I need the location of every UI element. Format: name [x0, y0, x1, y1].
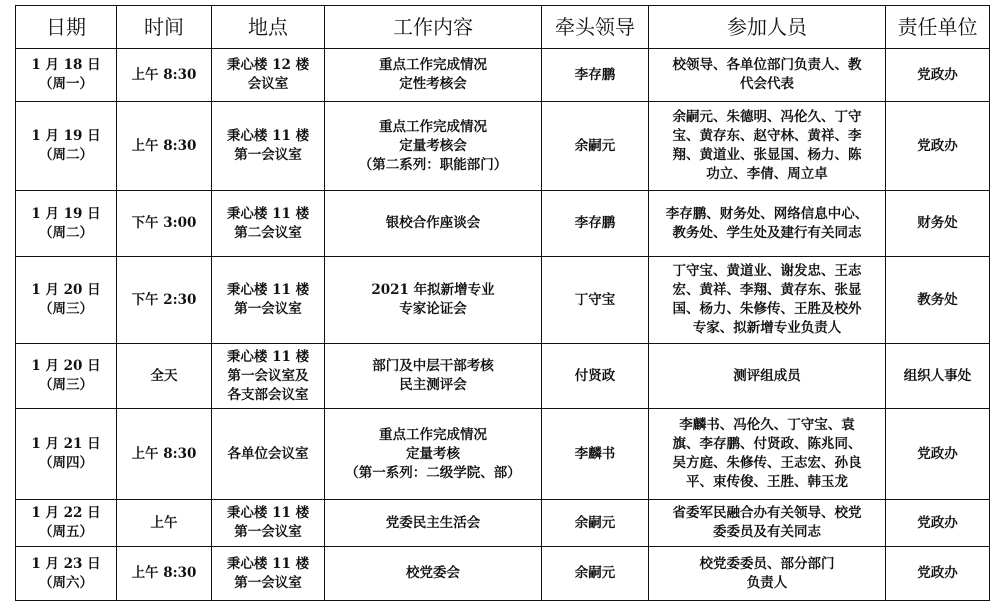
cell-participants-line: 代会代表 — [653, 75, 881, 94]
cell-content-line: 定性考核会 — [329, 75, 537, 94]
cell-participants-line: 翔、黄道业、张显国、杨力、陈 — [653, 146, 881, 165]
cell-participants-line: 丁守宝、黄道业、谢发忠、王志 — [653, 262, 881, 281]
cell-location: 秉心楼 11 楼第一会议室 — [212, 547, 325, 601]
cell-location: 秉心楼 11 楼第一会议室 — [212, 102, 325, 191]
cell-participants-line: 校领导、各单位部门负责人、教 — [653, 56, 881, 75]
cell-time: 全天 — [117, 344, 212, 409]
cell-leader: 余嗣元 — [542, 547, 649, 601]
cell-location-line: 会议室 — [216, 75, 320, 94]
cell-participants-line: 负责人 — [653, 574, 881, 593]
weekday-text: （周五） — [20, 523, 112, 542]
weekday-text: （周二） — [20, 224, 112, 243]
cell-leader: 余嗣元 — [542, 500, 649, 547]
cell-content-line: 校党委会 — [329, 564, 537, 583]
cell-participants-line: 宝、黄存东、赵守林、黄祥、李 — [653, 127, 881, 146]
cell-participants-line: 国、杨力、朱修传、王胜及校外 — [653, 300, 881, 319]
cell-time: 上午 8:30 — [117, 547, 212, 601]
cell-date: 1 月 19 日（周二） — [16, 102, 117, 191]
cell-location: 秉心楼 11 楼第一会议室及各支部会议室 — [212, 344, 325, 409]
cell-location: 秉心楼 11 楼第一会议室 — [212, 500, 325, 547]
cell-location-line: 第一会议室 — [216, 300, 320, 319]
header-col-leader: 牵头领导 — [542, 6, 649, 49]
header-col-date: 日期 — [16, 6, 117, 49]
cell-content-line: 定量考核会 — [329, 137, 537, 156]
date-text: 1 月 20 日 — [20, 357, 112, 376]
cell-location-line: 秉心楼 11 楼 — [216, 555, 320, 574]
cell-content-line: 定量考核 — [329, 445, 537, 464]
cell-content-line: （第一系列：二级学院、部） — [329, 464, 537, 483]
header-row: 日期时间地点工作内容牵头领导参加人员责任单位 — [16, 6, 990, 49]
cell-unit: 党政办 — [886, 500, 990, 547]
cell-leader: 付贤政 — [542, 344, 649, 409]
date-text: 1 月 18 日 — [20, 56, 112, 75]
cell-location-line: 第一会议室 — [216, 574, 320, 593]
cell-location: 各单位会议室 — [212, 409, 325, 500]
cell-location-line: 第一会议室及 — [216, 367, 320, 386]
cell-content-line: （第二系列：职能部门） — [329, 156, 537, 175]
cell-date: 1 月 20 日（周三） — [16, 257, 117, 344]
cell-location: 秉心楼 11 楼第一会议室 — [212, 257, 325, 344]
cell-participants: 省委军民融合办有关领导、校党委委员及有关同志 — [649, 500, 886, 547]
cell-participants: 李存鹏、财务处、网络信息中心、教务处、学生处及建行有关同志 — [649, 191, 886, 257]
cell-content-line: 重点工作完成情况 — [329, 426, 537, 445]
cell-time: 下午 2:30 — [117, 257, 212, 344]
cell-content: 重点工作完成情况定性考核会 — [325, 49, 542, 102]
cell-location-line: 秉心楼 12 楼 — [216, 56, 320, 75]
cell-participants-line: 吴方庭、朱修传、王志宏、孙良 — [653, 454, 881, 473]
cell-content: 部门及中层干部考核民主测评会 — [325, 344, 542, 409]
cell-content-line: 部门及中层干部考核 — [329, 357, 537, 376]
header-col-location: 地点 — [212, 6, 325, 49]
cell-location: 秉心楼 11 楼第二会议室 — [212, 191, 325, 257]
weekday-text: （周三） — [20, 376, 112, 395]
cell-content: 2021 年拟新增专业专家论证会 — [325, 257, 542, 344]
cell-date: 1 月 21 日（周四） — [16, 409, 117, 500]
cell-content-line: 专家论证会 — [329, 300, 537, 319]
table-row: 1 月 21 日（周四）上午 8:30各单位会议室重点工作完成情况定量考核（第一… — [16, 409, 990, 500]
cell-participants-line: 余嗣元、朱德明、冯伦久、丁守 — [653, 108, 881, 127]
cell-content-line: 2021 年拟新增专业 — [329, 281, 537, 300]
cell-unit: 党政办 — [886, 409, 990, 500]
weekday-text: （周三） — [20, 300, 112, 319]
cell-participants: 余嗣元、朱德明、冯伦久、丁守宝、黄存东、赵守林、黄祥、李翔、黄道业、张显国、杨力… — [649, 102, 886, 191]
cell-location-line: 第一会议室 — [216, 523, 320, 542]
date-text: 1 月 19 日 — [20, 205, 112, 224]
schedule-table: 日期时间地点工作内容牵头领导参加人员责任单位 1 月 18 日（周一）上午 8:… — [15, 5, 990, 601]
cell-participants-line: 专家、拟新增专业负责人 — [653, 319, 881, 338]
table-row: 1 月 23 日（周六）上午 8:30秉心楼 11 楼第一会议室校党委会余嗣元校… — [16, 547, 990, 601]
cell-participants-line: 省委军民融合办有关领导、校党 — [653, 504, 881, 523]
cell-unit: 党政办 — [886, 102, 990, 191]
cell-location-line: 秉心楼 11 楼 — [216, 348, 320, 367]
cell-unit: 党政办 — [886, 547, 990, 601]
date-text: 1 月 21 日 — [20, 435, 112, 454]
table-row: 1 月 20 日（周三）全天秉心楼 11 楼第一会议室及各支部会议室部门及中层干… — [16, 344, 990, 409]
weekday-text: （周二） — [20, 146, 112, 165]
cell-participants-line: 平、束传俊、王胜、韩玉龙 — [653, 473, 881, 492]
cell-participants: 校党委委员、部分部门负责人 — [649, 547, 886, 601]
header-col-content: 工作内容 — [325, 6, 542, 49]
header-col-time: 时间 — [117, 6, 212, 49]
table-row: 1 月 20 日（周三）下午 2:30秉心楼 11 楼第一会议室2021 年拟新… — [16, 257, 990, 344]
cell-participants: 丁守宝、黄道业、谢发忠、王志宏、黄祥、李翔、黄存东、张显国、杨力、朱修传、王胜及… — [649, 257, 886, 344]
cell-participants-line: 委委员及有关同志 — [653, 523, 881, 542]
cell-participants-line: 校党委委员、部分部门 — [653, 555, 881, 574]
weekday-text: （周六） — [20, 574, 112, 593]
cell-date: 1 月 19 日（周二） — [16, 191, 117, 257]
cell-content: 银校合作座谈会 — [325, 191, 542, 257]
weekday-text: （周四） — [20, 454, 112, 473]
cell-unit: 财务处 — [886, 191, 990, 257]
cell-location: 秉心楼 12 楼会议室 — [212, 49, 325, 102]
cell-content-line: 银校合作座谈会 — [329, 214, 537, 233]
cell-location-line: 秉心楼 11 楼 — [216, 127, 320, 146]
table-row: 1 月 19 日（周二）上午 8:30秉心楼 11 楼第一会议室重点工作完成情况… — [16, 102, 990, 191]
table-row: 1 月 18 日（周一）上午 8:30秉心楼 12 楼会议室重点工作完成情况定性… — [16, 49, 990, 102]
cell-date: 1 月 20 日（周三） — [16, 344, 117, 409]
cell-content-line: 重点工作完成情况 — [329, 118, 537, 137]
cell-time: 上午 8:30 — [117, 409, 212, 500]
cell-leader: 李存鹏 — [542, 191, 649, 257]
cell-location-line: 各支部会议室 — [216, 386, 320, 405]
date-text: 1 月 23 日 — [20, 555, 112, 574]
cell-participants-line: 测评组成员 — [653, 367, 881, 386]
cell-content-line: 重点工作完成情况 — [329, 56, 537, 75]
header-col-participants: 参加人员 — [649, 6, 886, 49]
cell-content-line: 民主测评会 — [329, 376, 537, 395]
cell-content-line: 党委民主生活会 — [329, 514, 537, 533]
cell-participants-line: 功立、李倩、周立卓 — [653, 165, 881, 184]
cell-participants: 校领导、各单位部门负责人、教代会代表 — [649, 49, 886, 102]
cell-location-line: 第二会议室 — [216, 224, 320, 243]
cell-location-line: 各单位会议室 — [216, 445, 320, 464]
cell-location-line: 第一会议室 — [216, 146, 320, 165]
cell-location-line: 秉心楼 11 楼 — [216, 504, 320, 523]
cell-unit: 组织人事处 — [886, 344, 990, 409]
schedule-body: 1 月 18 日（周一）上午 8:30秉心楼 12 楼会议室重点工作完成情况定性… — [16, 49, 990, 601]
cell-leader: 丁守宝 — [542, 257, 649, 344]
cell-time: 上午 8:30 — [117, 49, 212, 102]
cell-date: 1 月 23 日（周六） — [16, 547, 117, 601]
cell-time: 下午 3:00 — [117, 191, 212, 257]
cell-participants-line: 李存鹏、财务处、网络信息中心、 — [653, 205, 881, 224]
cell-date: 1 月 22 日（周五） — [16, 500, 117, 547]
header-col-unit: 责任单位 — [886, 6, 990, 49]
weekday-text: （周一） — [20, 75, 112, 94]
cell-content: 校党委会 — [325, 547, 542, 601]
cell-participants-line: 李麟书、冯伦久、丁守宝、袁 — [653, 416, 881, 435]
cell-participants-line: 教务处、学生处及建行有关同志 — [653, 224, 881, 243]
cell-leader: 李存鹏 — [542, 49, 649, 102]
cell-content: 重点工作完成情况定量考核（第一系列：二级学院、部） — [325, 409, 542, 500]
cell-time: 上午 — [117, 500, 212, 547]
cell-content: 党委民主生活会 — [325, 500, 542, 547]
cell-unit: 党政办 — [886, 49, 990, 102]
table-row: 1 月 22 日（周五）上午秉心楼 11 楼第一会议室党委民主生活会余嗣元省委军… — [16, 500, 990, 547]
cell-content: 重点工作完成情况定量考核会（第二系列：职能部门） — [325, 102, 542, 191]
cell-location-line: 秉心楼 11 楼 — [216, 281, 320, 300]
cell-participants: 测评组成员 — [649, 344, 886, 409]
cell-time: 上午 8:30 — [117, 102, 212, 191]
date-text: 1 月 19 日 — [20, 127, 112, 146]
cell-location-line: 秉心楼 11 楼 — [216, 205, 320, 224]
cell-leader: 李麟书 — [542, 409, 649, 500]
date-text: 1 月 22 日 — [20, 504, 112, 523]
cell-participants-line: 宏、黄祥、李翔、黄存东、张显 — [653, 281, 881, 300]
cell-leader: 余嗣元 — [542, 102, 649, 191]
cell-participants-line: 旗、李存鹏、付贤政、陈兆同、 — [653, 435, 881, 454]
table-row: 1 月 19 日（周二）下午 3:00秉心楼 11 楼第二会议室银校合作座谈会李… — [16, 191, 990, 257]
cell-participants: 李麟书、冯伦久、丁守宝、袁旗、李存鹏、付贤政、陈兆同、吴方庭、朱修传、王志宏、孙… — [649, 409, 886, 500]
date-text: 1 月 20 日 — [20, 281, 112, 300]
cell-date: 1 月 18 日（周一） — [16, 49, 117, 102]
cell-unit: 教务处 — [886, 257, 990, 344]
